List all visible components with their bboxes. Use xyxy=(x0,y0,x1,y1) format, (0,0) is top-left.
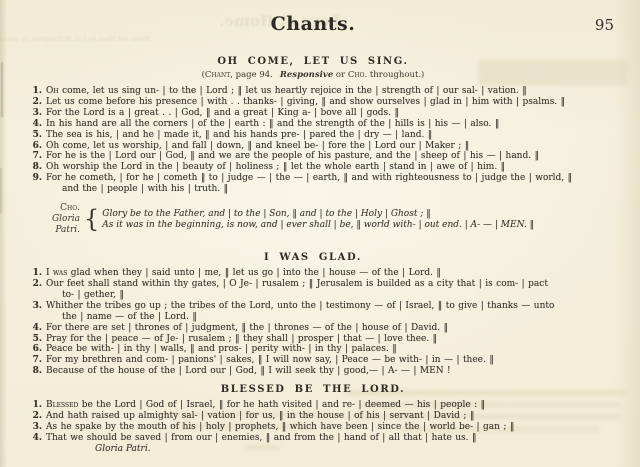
verse-list: 1.I was glad when they | said unto | me,… xyxy=(0,268,640,377)
page-number: 95 xyxy=(595,16,614,34)
verse-number: 4. xyxy=(28,433,42,444)
verse-number: 6. xyxy=(28,344,42,355)
verse-text: Blessed be the Lord | God of | Israel, ‖… xyxy=(46,400,485,410)
verse-line: 2.Let us come before his presence | with… xyxy=(0,97,640,108)
verse-number: 5. xyxy=(28,334,42,345)
verse-line: 2.Our feet shall stand within thy gates,… xyxy=(0,279,640,290)
verse-text: For there are set | thrones of | judgmen… xyxy=(46,323,448,333)
brace-glyph: { xyxy=(80,208,102,232)
verse-text: Oh come, let us sing un- | to the | Lord… xyxy=(46,86,527,96)
section-title: I WAS GLAD. xyxy=(0,252,640,263)
chorus-block: Cho.Gloria Patri.{Glory be to the Father… xyxy=(0,203,640,236)
verse-number: 2. xyxy=(28,97,42,108)
subtitle-part: Chant, xyxy=(205,70,233,80)
verse-line: 5.Pray for the | peace — of Je- | rusale… xyxy=(0,334,640,345)
verse-line: 2.And hath raised up almighty sal- | vat… xyxy=(0,411,640,422)
section-title: BLESSED BE THE LORD. xyxy=(0,384,640,395)
chorus-labels: Cho.Gloria Patri. xyxy=(28,203,80,236)
verse-line: 4.For there are set | thrones of | judgm… xyxy=(0,323,640,334)
verse-number: 9. xyxy=(28,173,42,184)
verse-number: 1. xyxy=(28,400,42,411)
verse-text: That we should be saved | from our | ene… xyxy=(46,433,476,443)
verse-number: 4. xyxy=(28,119,42,130)
subtitle-part: Responsive xyxy=(280,70,333,80)
verse-text: For my brethren and com- | panions' | sa… xyxy=(46,355,494,365)
scanned-page: Love at Home. Words and Music by J. H. M… xyxy=(0,0,640,467)
chorus-label: Cho. xyxy=(28,203,80,214)
verse-line: 8.Because of the house of the | Lord our… xyxy=(0,366,640,377)
verse-number: 2. xyxy=(28,279,42,290)
subtitle-part: page 94. xyxy=(233,70,280,80)
verse-leadin-smallcaps: I was xyxy=(46,268,67,278)
verse-text: Because of the house of the | Lord our |… xyxy=(46,366,451,376)
verse-number: 4. xyxy=(28,323,42,334)
verse-line: 5.The sea is his, | and he | made it, ‖ … xyxy=(0,130,640,141)
verse-number: 7. xyxy=(28,355,42,366)
verse-text: Let us come before his presence | with .… xyxy=(46,97,565,107)
verse-text: And hath raised up almighty sal- | vatio… xyxy=(46,411,474,421)
verse-number: 7. xyxy=(28,151,42,162)
verse-line: 6.Peace be with- | in thy | walls, ‖ and… xyxy=(0,344,640,355)
verse-text: For the Lord is a | great . . | God, ‖ a… xyxy=(46,108,399,118)
chorus-line: Glory be to the Father, and | to the | S… xyxy=(102,209,534,220)
verse-text: For he cometh, | for he | cometh ‖ to | … xyxy=(46,173,572,183)
verse-number: 1. xyxy=(28,86,42,97)
verse-list: 1.Oh come, let us sing un- | to the | Lo… xyxy=(0,86,640,195)
verse-text: For he is the | Lord our | God, ‖ and we… xyxy=(46,151,539,161)
subtitle-part: or xyxy=(333,70,348,80)
section-subtitle: (Chant, page 94. Responsive or Cho. thro… xyxy=(0,70,640,80)
verse-text: Our feet shall stand within thy gates, |… xyxy=(46,279,548,289)
verse-line: 6.Oh come, let us worship, | and fall | … xyxy=(0,141,640,152)
verse-line: 9.For he cometh, | for he | cometh ‖ to … xyxy=(0,173,640,184)
verse-text: Pray for the | peace — of Je- | rusalem … xyxy=(46,334,437,344)
verse-list: 1.Blessed be the Lord | God of | Israel,… xyxy=(0,400,640,444)
verse-text: In his hand are all the corners | of the… xyxy=(46,119,499,129)
verse-line: 3.As he spake by the mouth of his | holy… xyxy=(0,422,640,433)
verse-line: 3.For the Lord is a | great . . | God, ‖… xyxy=(0,108,640,119)
page-title: Chants. xyxy=(0,13,626,35)
verse-line: 4.That we should be saved | from our | e… xyxy=(0,433,640,444)
verse-line: the | name — of the | Lord. ‖ xyxy=(0,312,640,323)
verse-text: As he spake by the mouth of his | holy |… xyxy=(46,422,514,432)
verse-text: Whither the tribes go up ; the tribes of… xyxy=(46,301,554,311)
section-title: OH COME, LET US SING. xyxy=(0,56,640,67)
verse-line: 1.Blessed be the Lord | God of | Israel,… xyxy=(0,400,640,411)
gloria-patri-footer: Gloria Patri. xyxy=(0,444,640,455)
verse-number: 2. xyxy=(28,411,42,422)
verse-number: 3. xyxy=(28,108,42,119)
verse-number: 8. xyxy=(28,162,42,173)
verse-text: Oh worship the Lord in the | beauty of |… xyxy=(46,162,505,172)
chants-content: OH COME, LET US SING.(Chant, page 94. Re… xyxy=(0,54,640,455)
verse-leadin-smallcaps: Oh xyxy=(46,86,59,96)
verse-line: and the | people | with his | truth. ‖ xyxy=(0,184,640,195)
verse-line: 1.I was glad when they | said unto | me,… xyxy=(0,268,640,279)
verse-line: 4.In his hand are all the corners | of t… xyxy=(0,119,640,130)
verse-line: 1.Oh come, let us sing un- | to the | Lo… xyxy=(0,86,640,97)
verse-text: The sea is his, | and he | made it, ‖ an… xyxy=(46,130,432,140)
verse-line: 3.Whither the tribes go up ; the tribes … xyxy=(0,301,640,312)
subtitle-part: Cho. xyxy=(348,70,367,80)
verse-number: 6. xyxy=(28,141,42,152)
verse-number: 5. xyxy=(28,130,42,141)
verse-line: 8.Oh worship the Lord in the | beauty of… xyxy=(0,162,640,173)
verse-text: Oh come, let us worship, | and fall | do… xyxy=(46,141,469,151)
verse-text: I was glad when they | said unto | me, ‖… xyxy=(46,268,441,278)
verse-number: 3. xyxy=(28,301,42,312)
verse-number: 1. xyxy=(28,268,42,279)
gloria-patri-label: Gloria Patri. xyxy=(28,214,80,236)
verse-text: Peace be with- | in thy | walls, ‖ and p… xyxy=(46,344,397,354)
verse-line: 7.For my brethren and com- | panions' | … xyxy=(0,355,640,366)
chorus-line: As it was in the beginning, is now, and … xyxy=(102,220,534,231)
verse-number: 3. xyxy=(28,422,42,433)
verse-line: 7.For he is the | Lord our | God, ‖ and … xyxy=(0,151,640,162)
subtitle-part: throughout.) xyxy=(367,70,424,80)
bleedthrough-credit-text: Words and Music by J. H. McNaughton. By … xyxy=(10,36,150,43)
verse-number: 8. xyxy=(28,366,42,377)
verse-leadin-smallcaps: Blessed xyxy=(46,400,78,410)
chorus-lines: Glory be to the Father, and | to the | S… xyxy=(102,209,534,231)
verse-line: to- | gether, ‖ xyxy=(0,290,640,301)
